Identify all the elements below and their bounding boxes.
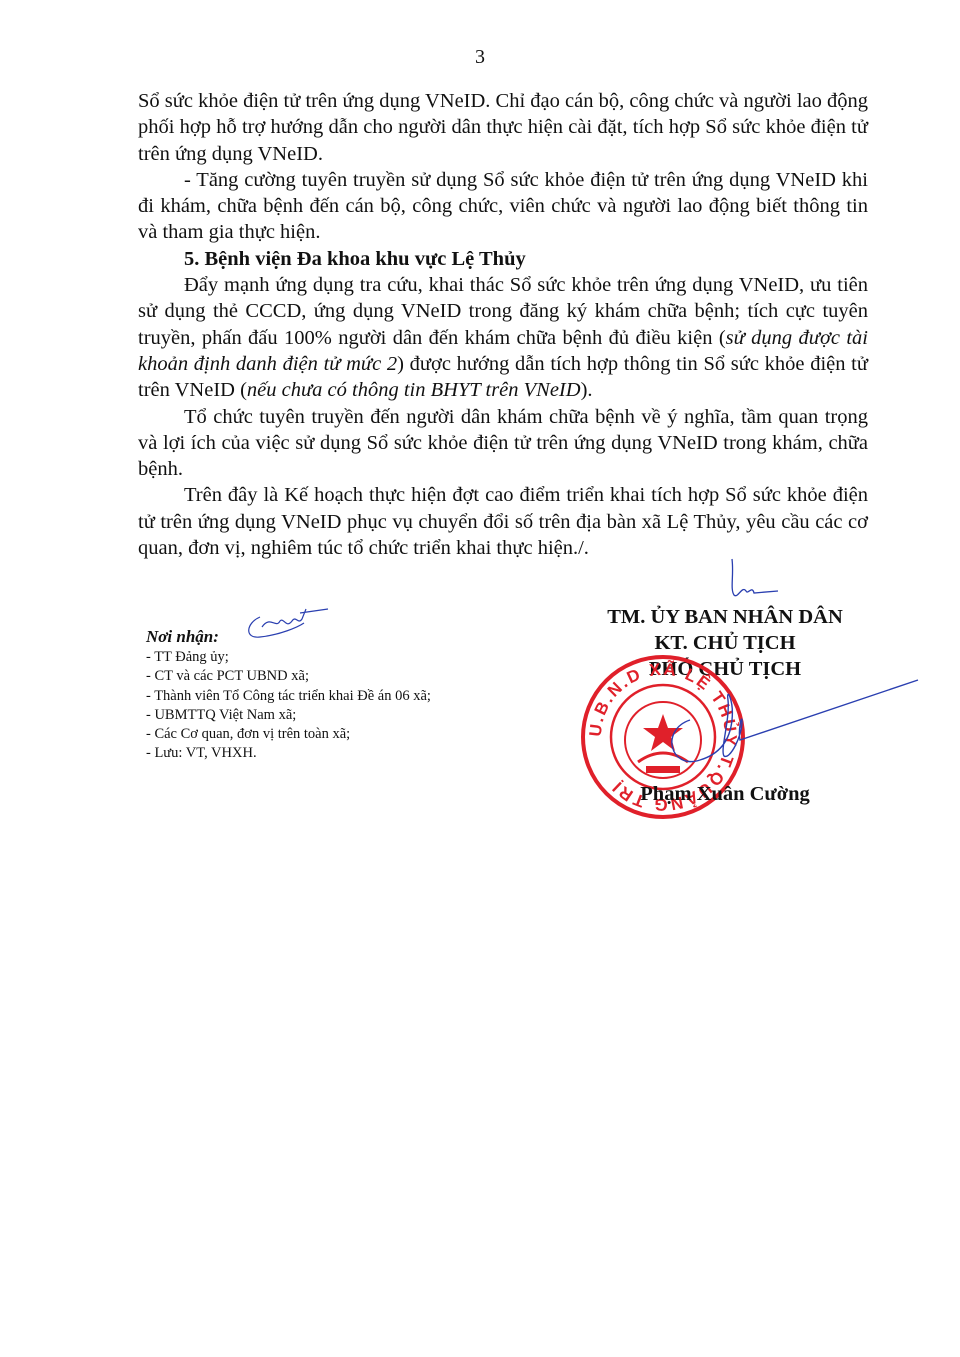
document-body: Sổ sức khỏe điện tử trên ứng dụng VNeID.… [138,88,868,561]
paragraph-organize: Tổ chức tuyên truyền đến người dân khám … [138,404,868,483]
recipients-block: Nơi nhận: - TT Đảng ủy; - CT và các PCT … [146,626,431,764]
paragraph-hospital: Đẩy mạnh ứng dụng tra cứu, khai thác Sổ … [138,272,868,403]
recipient-item: - UBMTTQ Việt Nam xã; [146,706,431,725]
handwritten-signature-icon [660,660,920,800]
paragraph-propaganda: - Tăng cường tuyên truyền sử dụng Sổ sức… [138,167,868,246]
signer-name: Phạm Xuân Cường [560,783,890,806]
paragraph-conclusion: Trên đây là Kế hoạch thực hiện đợt cao đ… [138,482,868,561]
signature-line-1: TM. ỦY BAN NHÂN DÂN [560,604,890,630]
recipient-item: - Thành viên Tổ Công tác triển khai Đề á… [146,687,431,706]
paragraph-continued: Sổ sức khỏe điện tử trên ứng dụng VNeID.… [138,88,868,167]
page-number: 3 [0,46,960,69]
initial-signature-icon [240,605,330,645]
section-heading-5: 5. Bệnh viện Đa khoa khu vực Lệ Thủy [138,246,868,272]
recipient-item: - CT và các PCT UBND xã; [146,667,431,686]
recipient-item: - TT Đảng ủy; [146,648,431,667]
recipient-item: - Lưu: VT, VHXH. [146,744,431,763]
initial-signature-icon [720,555,780,605]
recipient-item: - Các Cơ quan, đơn vị trên toàn xã; [146,725,431,744]
